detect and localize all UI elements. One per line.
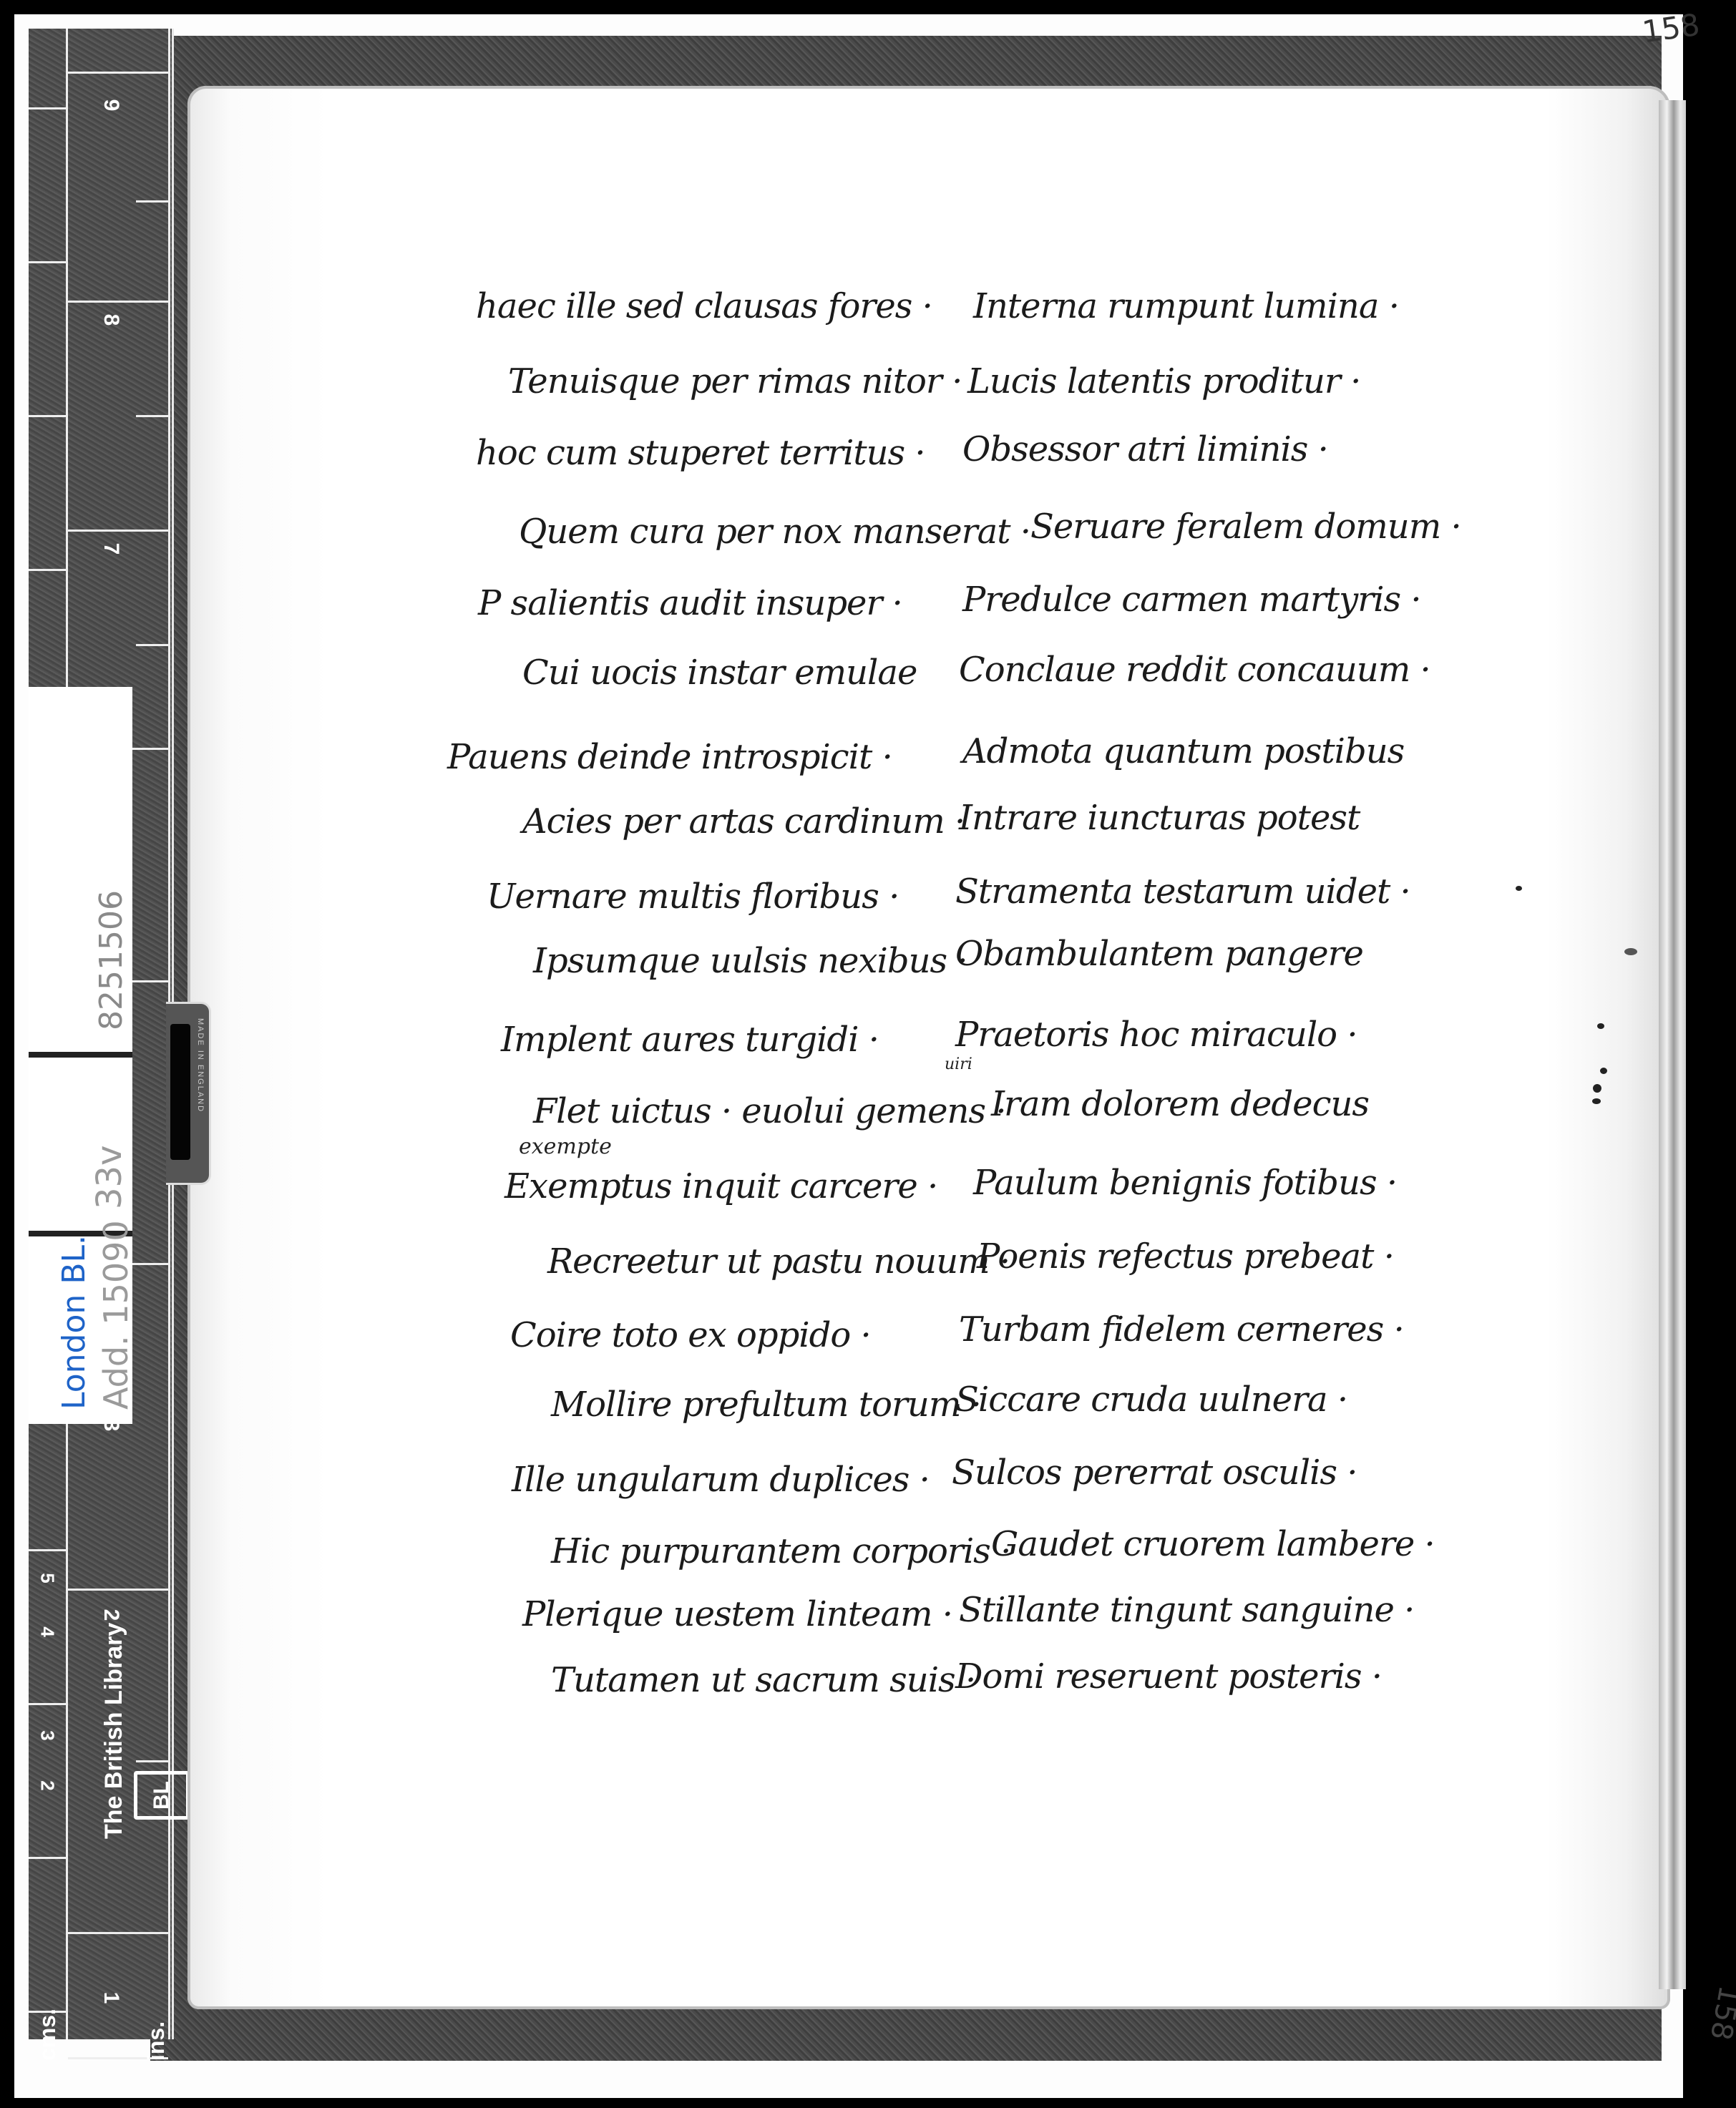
interlinear-gloss: exempte	[519, 1134, 612, 1159]
ms-line-right: Conclaue reddit concauum ·	[959, 650, 1430, 707]
half-inch-tick	[136, 415, 168, 417]
ms-line-left: haec ille sed clausas fores ·	[476, 286, 932, 343]
ms-line-right: Siccare cruda uulnera ·	[955, 1380, 1347, 1437]
page-clip: MADE IN ENGLAND	[166, 1002, 211, 1185]
ms-line-left: Ipsumque uulsis nexibus ·	[533, 941, 967, 998]
ms-line-left: Quem cura per nox manserat ·	[519, 512, 1030, 569]
ms-line-right: Seruare feralem domum ·	[1030, 507, 1461, 564]
margin-speck	[1600, 1068, 1607, 1074]
ms-line-right: Praetoris hoc miraculo ·	[955, 1015, 1357, 1072]
ms-line-right: Intrare iuncturas potest	[959, 798, 1360, 855]
cm-tick	[29, 1703, 66, 1705]
margin-speck	[1516, 886, 1522, 891]
shelfmark-label: Add. 15090	[97, 1220, 135, 1410]
ruler-brand-text: The British Library	[100, 1623, 128, 1839]
inch-tick	[68, 1932, 168, 1934]
interlinear-gloss: uiri	[945, 1055, 972, 1073]
cm-number: 5	[36, 1564, 59, 1593]
inch-tick	[68, 530, 168, 532]
margin-speck	[1592, 1098, 1601, 1104]
ms-line-right: Poenis refectus prebeat ·	[977, 1236, 1394, 1294]
cm-tick	[29, 415, 66, 417]
ms-line-right: Domi reseruent posteris ·	[955, 1656, 1382, 1714]
ms-line-right: Paulum benignis fotibus ·	[973, 1163, 1397, 1220]
ms-line-right: Interna rumpunt lumina ·	[973, 286, 1399, 343]
ms-line-right: Obsessor atri liminis ·	[962, 429, 1328, 487]
library-label: London BL.	[56, 1235, 92, 1410]
ms-line-right: Stillante tingunt sanguine ·	[959, 1590, 1414, 1647]
clip-text: MADE IN ENGLAND	[196, 1018, 205, 1113]
ms-line-left: Plerique uestem linteam ·	[522, 1594, 952, 1651]
british-library-logo-icon: BL	[134, 1771, 190, 1820]
ms-line-left: Pauens deinde introspicit ·	[447, 737, 892, 794]
ms-line-left: P salientis audit insuper ·	[478, 583, 902, 640]
ms-line-right: Predulce carmen martyris ·	[962, 580, 1421, 637]
folio-number-top: 158	[1640, 7, 1702, 50]
half-inch-tick	[136, 200, 168, 202]
ms-line-left: Ille ungularum duplices ·	[512, 1460, 930, 1517]
ms-line-left: Hic purpurantem corporis ·	[551, 1531, 1010, 1589]
inch-number: 9	[99, 91, 123, 119]
reference-number-label: 8251506	[93, 890, 130, 1030]
cm-number: 2	[36, 1772, 59, 1800]
ms-line-left: Implent aures turgidi ·	[501, 1020, 879, 1077]
inch-number: 8	[99, 306, 123, 334]
ms-line-left: Cui uocis instar emulae	[522, 653, 917, 710]
inch-tick	[68, 72, 168, 74]
inch-number: 7	[99, 535, 123, 563]
ms-line-left: hoc cum stuperet territus ·	[476, 433, 925, 490]
ms-line-left: Mollire prefultum torum ·	[551, 1385, 981, 1442]
ms-line-left: Acies per artas cardinum ·	[522, 801, 965, 859]
cm-tick	[29, 1549, 66, 1551]
half-inch-tick	[136, 1760, 168, 1762]
cm-tick	[29, 261, 66, 263]
cm-number: 3	[36, 1722, 59, 1750]
cm-tick	[29, 107, 66, 109]
ms-line-left: Coire toto ex oppido ·	[510, 1315, 871, 1372]
ruler-units-cms: cms.	[34, 2009, 61, 2061]
margin-speck	[1593, 1084, 1601, 1093]
ms-line-right: Sulcos pererrat osculis ·	[952, 1453, 1357, 1510]
inch-tick	[68, 301, 168, 303]
cm-number: 4	[36, 1618, 59, 1646]
shelfmark-label-card: London BL. Add. 15090 33v 8251506	[29, 687, 132, 1424]
margin-speck	[1624, 948, 1637, 955]
ms-line-left: Recreetur ut pastu nouum ·	[547, 1241, 1010, 1299]
label-divider	[29, 1052, 132, 1058]
folio-number-bottom: 158	[1704, 1983, 1736, 2042]
inch-number: 1	[99, 1983, 123, 2012]
ms-line-right: Iram dolorem dedecus	[991, 1084, 1369, 1141]
ms-line-left: Exemptus inquit carcere ·	[504, 1166, 937, 1224]
inch-tick	[68, 1589, 168, 1591]
ms-line-right: Admota quantum postibus	[962, 731, 1404, 789]
cm-tick	[29, 569, 66, 571]
ms-line-right: Lucis latentis proditur ·	[967, 361, 1360, 419]
ms-line-left: Tenuisque per rimas nitor ·	[508, 361, 962, 419]
ruler-units-ins: ins.	[143, 2021, 170, 2061]
cm-tick	[29, 1857, 66, 1859]
ms-line-right: Turbam fidelem cerneres ·	[959, 1309, 1404, 1367]
ms-line-right: Obambulantem pangere	[955, 934, 1363, 991]
half-inch-tick	[136, 644, 168, 646]
ms-line-right: Gaudet cruorem lambere ·	[991, 1524, 1435, 1581]
ms-line-left: Uernare multis floribus ·	[487, 877, 899, 934]
ms-line-left: Tutamen ut sacrum suis ·	[551, 1660, 975, 1717]
ms-line-right: Stramenta testarum uidet ·	[955, 872, 1410, 929]
folio-label: 33v	[89, 1146, 130, 1209]
margin-speck	[1597, 1023, 1604, 1029]
page-fore-edge	[1659, 100, 1686, 1989]
clip-slot	[170, 1024, 190, 1160]
